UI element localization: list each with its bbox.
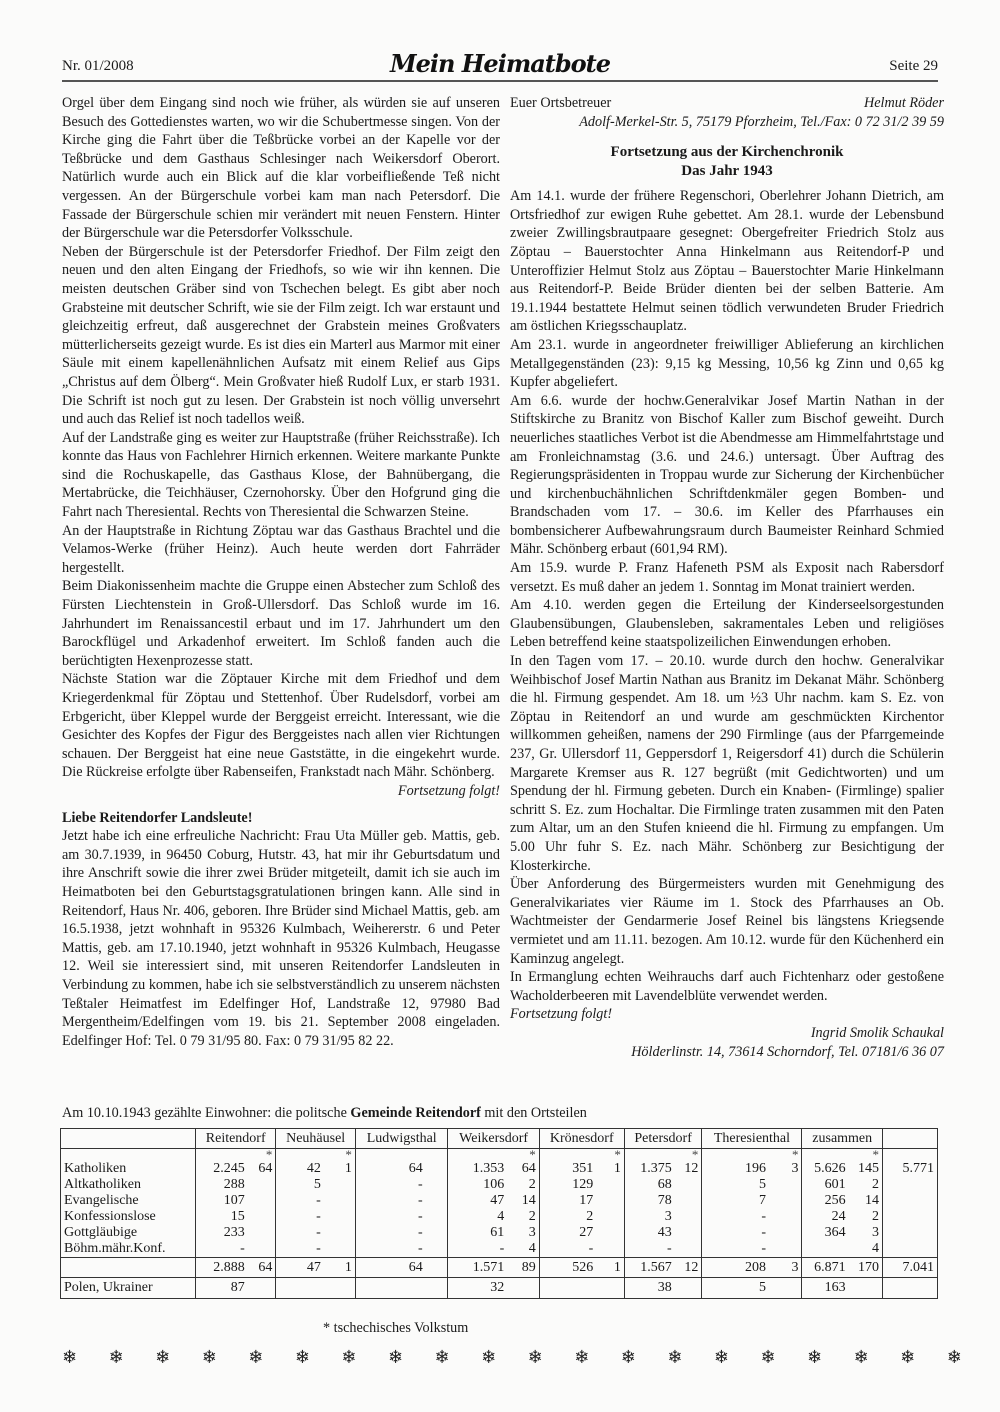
snowflake-icon: ❄ <box>667 1347 682 1368</box>
chronicle-subheading: Das Jahr 1943 <box>510 162 944 181</box>
table-header-row: Reitendorf Neuhäusel Ludwigsthal Weikers… <box>61 1129 938 1149</box>
table-cell: 1.571 <box>448 1258 507 1278</box>
paragraph: Auf der Landstraße ging es weiter zur Ha… <box>62 429 500 522</box>
snowflake-icon: ❄ <box>388 1347 403 1368</box>
table-cell <box>276 1278 324 1299</box>
table-cell: 68 <box>624 1177 674 1193</box>
table-cell <box>426 1193 448 1209</box>
column-header: Theresienthal <box>702 1129 802 1149</box>
paragraph: In den Tagen vom 17. – 20.10. wurde durc… <box>510 652 944 875</box>
table-cell <box>596 1209 624 1225</box>
chronicle-heading: Fortsetzung aus der Kirchenchronik <box>510 143 944 162</box>
snowflake-icon: ❄ <box>854 1347 869 1368</box>
table-cell: 3 <box>507 1225 539 1241</box>
table-cell: 12 <box>675 1161 702 1177</box>
row-label: Böhm.mähr.Konf. <box>61 1241 196 1258</box>
table-cell: 145 <box>849 1161 883 1177</box>
table-cell <box>675 1241 702 1258</box>
paragraph: Orgel über dem Eingang sind noch wie frü… <box>62 94 500 243</box>
table-cell: - <box>539 1241 596 1258</box>
table-cell: 5 <box>276 1177 324 1193</box>
right-column: Euer Ortsbetreuer Helmut Röder Adolf-Mer… <box>510 94 944 1061</box>
table-cell: 170 <box>849 1258 883 1278</box>
table-cell: 47 <box>448 1193 507 1209</box>
table-cell: - <box>702 1241 769 1258</box>
snowflake-icon: ❄ <box>295 1347 310 1368</box>
table-cell <box>769 1241 802 1258</box>
table-cell: 256 <box>802 1193 849 1209</box>
header-empty <box>61 1129 196 1149</box>
paragraph: Am 14.1. wurde der frühere Regenschori, … <box>510 187 944 336</box>
table-cell <box>324 1225 356 1241</box>
table-cell <box>883 1241 938 1258</box>
signoff-row: Euer Ortsbetreuer Helmut Röder <box>510 94 944 113</box>
table-cell <box>883 1177 938 1193</box>
snowflake-icon: ❄ <box>109 1347 124 1368</box>
table-cell: 5 <box>702 1278 769 1299</box>
table-cell: 163 <box>802 1278 849 1299</box>
paragraph: In Ermanglung echten Weihrauchs darf auc… <box>510 968 944 1005</box>
table-cell: 1.353 <box>448 1161 507 1177</box>
column-header: zusammen <box>802 1129 883 1149</box>
table-cell: 288 <box>196 1177 248 1193</box>
snowflake-icon: ❄ <box>807 1347 822 1368</box>
table-cell: 4 <box>849 1241 883 1258</box>
table-cell: 47 <box>276 1258 324 1278</box>
snowflake-icon: ❄ <box>900 1347 915 1368</box>
table-cell: 64 <box>355 1161 425 1177</box>
table-cell <box>849 1278 883 1299</box>
table-cell: 64 <box>248 1161 276 1177</box>
caption-bold: Gemeinde Reitendorf <box>350 1105 480 1121</box>
table-cell: - <box>355 1241 425 1258</box>
table-cell: 61 <box>448 1225 507 1241</box>
table-cell <box>324 1177 356 1193</box>
snowflake-divider: ❄❄❄❄❄❄❄❄❄❄❄❄❄❄❄❄❄❄❄❄ <box>62 1347 962 1368</box>
table-row: 2.88864471641.5718952611.5671220836.8711… <box>61 1258 938 1278</box>
paragraph: Beim Diakonissenheim machte die Gruppe e… <box>62 577 500 670</box>
table-cell: 6.871 <box>802 1258 849 1278</box>
table-cell <box>675 1209 702 1225</box>
table-cell: 1 <box>324 1258 356 1278</box>
table-cell <box>675 1193 702 1209</box>
table-cell <box>675 1177 702 1193</box>
table-cell: 43 <box>624 1225 674 1241</box>
row-label: Evangelische <box>61 1193 196 1209</box>
table-cell: 233 <box>196 1225 248 1241</box>
table-cell: 3 <box>849 1225 883 1241</box>
table-cell <box>426 1225 448 1241</box>
table-cell <box>675 1278 702 1299</box>
table-cell: 107 <box>196 1193 248 1209</box>
signoff-label: Euer Ortsbetreuer <box>510 94 611 113</box>
column-header: Petersdorf <box>624 1129 702 1149</box>
table-cell <box>426 1161 448 1177</box>
column-header: Neuhäusel <box>276 1129 355 1149</box>
table-row: Polen, Ukrainer8732385163 <box>61 1278 938 1299</box>
table-cell: - <box>276 1241 324 1258</box>
table-cell: 87 <box>196 1278 248 1299</box>
table-cell: 351 <box>539 1161 596 1177</box>
table-cell <box>769 1225 802 1241</box>
table-cell <box>883 1193 938 1209</box>
paragraph: Über Anforderung des Bürgermeisters wurd… <box>510 875 944 968</box>
masthead-logo: Mein Heimatbote <box>390 49 610 78</box>
table-cell <box>426 1258 448 1278</box>
table-cell: 106 <box>448 1177 507 1193</box>
table-row: Gottgläubige233--6132743-3643 <box>61 1225 938 1241</box>
table-cell: 15 <box>196 1209 248 1225</box>
table-cell: 7 <box>702 1193 769 1209</box>
table-cell: - <box>196 1241 248 1258</box>
continued-note: Fortsetzung folgt! <box>510 1005 944 1024</box>
table-cell: 2 <box>507 1209 539 1225</box>
column-header: Reitendorf <box>196 1129 276 1149</box>
continued-note: Fortsetzung folgt! <box>62 782 500 801</box>
snowflake-icon: ❄ <box>574 1347 589 1368</box>
paragraph: Am 6.6. wurde der hochw.Generalvikar Jos… <box>510 392 944 559</box>
table-cell: 1.375 <box>624 1161 674 1177</box>
table-cell: 1.567 <box>624 1258 674 1278</box>
snowflake-icon: ❄ <box>528 1347 543 1368</box>
table-cell: 24 <box>802 1209 849 1225</box>
table-cell: - <box>276 1225 324 1241</box>
table-cell: 129 <box>539 1177 596 1193</box>
table-cell: - <box>702 1209 769 1225</box>
paragraph: Am 4.10. werden gegen die Erteilung der … <box>510 596 944 652</box>
author-name: Ingrid Smolik Schaukal <box>510 1024 944 1043</box>
table-cell <box>426 1278 448 1299</box>
table-cell <box>248 1241 276 1258</box>
table-cell <box>324 1209 356 1225</box>
table-cell: 5.626 <box>802 1161 849 1177</box>
table-cell: - <box>355 1177 425 1193</box>
table-cell: 196 <box>702 1161 769 1177</box>
table-cell: 12 <box>675 1258 702 1278</box>
table-cell <box>883 1225 938 1241</box>
star-row: * * * * * * * <box>61 1149 938 1162</box>
table-cell <box>883 1278 938 1299</box>
table-cell <box>355 1278 425 1299</box>
table-row: Altkatholiken2885-10621296856012 <box>61 1177 938 1193</box>
table-cell: 4 <box>507 1241 539 1258</box>
table-cell: 3 <box>769 1258 802 1278</box>
signoff-address: Adolf-Merkel-Str. 5, 75179 Pforzheim, Te… <box>510 113 944 132</box>
column-header: Krönesdorf <box>539 1129 624 1149</box>
table-caption: Am 10.10.1943 gezählte Einwohner: die po… <box>62 1105 587 1122</box>
table-cell: 5.771 <box>883 1161 938 1177</box>
table-cell <box>248 1177 276 1193</box>
row-label: Altkatholiken <box>61 1177 196 1193</box>
author-address: Hölderlinstr. 14, 73614 Schorndorf, Tel.… <box>510 1043 944 1062</box>
paragraph: Am 15.9. wurde P. Franz Hafeneth PSM als… <box>510 559 944 596</box>
table-cell <box>248 1209 276 1225</box>
snowflake-icon: ❄ <box>202 1347 217 1368</box>
table-cell: 64 <box>507 1161 539 1177</box>
table-cell: - <box>624 1241 674 1258</box>
table-cell <box>324 1193 356 1209</box>
page-header: Nr. 01/2008 Mein Heimatbote Seite 29 <box>62 40 938 82</box>
table-cell <box>769 1278 802 1299</box>
table-row: Evangelische107--47141778725614 <box>61 1193 938 1209</box>
column-header: Ludwigsthal <box>355 1129 448 1149</box>
table-cell: 4 <box>448 1209 507 1225</box>
table-cell <box>675 1225 702 1241</box>
paragraph: Jetzt habe ich eine erfreuliche Nachrich… <box>62 827 500 1050</box>
paragraph: Neben der Bürgerschule ist der Petersdor… <box>62 243 500 429</box>
table-cell <box>596 1278 624 1299</box>
table-cell <box>769 1193 802 1209</box>
table-row: Böhm.mähr.Konf.----4---4 <box>61 1241 938 1258</box>
table-cell: 364 <box>802 1225 849 1241</box>
table-cell: 2 <box>849 1209 883 1225</box>
page-number: Seite 29 <box>889 58 938 75</box>
paragraph: Am 23.1. wurde in angeordneter freiwilli… <box>510 336 944 392</box>
table-cell: - <box>276 1209 324 1225</box>
table-cell: 17 <box>539 1193 596 1209</box>
table-cell: 2 <box>507 1177 539 1193</box>
table-cell <box>426 1177 448 1193</box>
table-cell: 3 <box>624 1209 674 1225</box>
table-body: * * * * * * * Katholiken2.24564421641.35… <box>61 1149 938 1299</box>
table-cell <box>769 1177 802 1193</box>
table-cell: 14 <box>507 1193 539 1209</box>
row-label: Konfessionslose <box>61 1209 196 1225</box>
table-cell: 5 <box>702 1177 769 1193</box>
column-header: Weikersdorf <box>448 1129 539 1149</box>
table-row: Katholiken2.24564421641.3536435111.37512… <box>61 1161 938 1177</box>
table-cell <box>324 1241 356 1258</box>
table-cell: 601 <box>802 1177 849 1193</box>
table-cell: 2.888 <box>196 1258 248 1278</box>
snowflake-icon: ❄ <box>481 1347 496 1368</box>
table-cell <box>802 1241 849 1258</box>
table-cell <box>596 1177 624 1193</box>
table-cell: 7.041 <box>883 1258 938 1278</box>
paragraph: Nächste Station war die Zöptauer Kirche … <box>62 670 500 782</box>
table-cell: - <box>702 1225 769 1241</box>
table-cell: 1 <box>596 1258 624 1278</box>
row-label <box>61 1258 196 1278</box>
table-cell: - <box>276 1193 324 1209</box>
row-label: Polen, Ukrainer <box>61 1278 196 1299</box>
signoff-name: Helmut Röder <box>864 94 944 113</box>
table-cell: 208 <box>702 1258 769 1278</box>
paragraph: An der Hauptstraße in Richtung Zöptau wa… <box>62 522 500 578</box>
table-cell: 14 <box>849 1193 883 1209</box>
snowflake-icon: ❄ <box>62 1347 77 1368</box>
table-cell: 3 <box>769 1161 802 1177</box>
table-cell: 2 <box>539 1209 596 1225</box>
table-cell: - <box>355 1225 425 1241</box>
table-cell: 2 <box>849 1177 883 1193</box>
table-cell: - <box>355 1209 425 1225</box>
table-cell <box>324 1278 356 1299</box>
section-heading: Liebe Reitendorfer Landsleute! <box>62 809 500 828</box>
table-cell <box>596 1241 624 1258</box>
table-cell <box>596 1193 624 1209</box>
snowflake-icon: ❄ <box>435 1347 450 1368</box>
table-row: Konfessionslose15--4223-242 <box>61 1209 938 1225</box>
table-cell <box>426 1241 448 1258</box>
table-cell: 32 <box>448 1278 507 1299</box>
table-cell <box>769 1209 802 1225</box>
table-cell <box>248 1278 276 1299</box>
table-cell <box>507 1278 539 1299</box>
left-column: Orgel über dem Eingang sind noch wie frü… <box>62 94 500 1050</box>
snowflake-icon: ❄ <box>248 1347 263 1368</box>
table-cell: 42 <box>276 1161 324 1177</box>
snowflake-icon: ❄ <box>621 1347 636 1368</box>
table-cell <box>426 1209 448 1225</box>
table-cell <box>883 1209 938 1225</box>
table-cell <box>248 1193 276 1209</box>
snowflake-icon: ❄ <box>714 1347 729 1368</box>
table-cell: - <box>448 1241 507 1258</box>
snowflake-icon: ❄ <box>947 1347 962 1368</box>
table-cell: 64 <box>248 1258 276 1278</box>
row-label: Gottgläubige <box>61 1225 196 1241</box>
table-cell: 89 <box>507 1258 539 1278</box>
header-empty <box>883 1129 938 1149</box>
issue-number: Nr. 01/2008 <box>62 58 134 75</box>
table-cell: 78 <box>624 1193 674 1209</box>
table-cell: 526 <box>539 1258 596 1278</box>
table-cell: 1 <box>324 1161 356 1177</box>
table-cell: 1 <box>596 1161 624 1177</box>
table-cell: 27 <box>539 1225 596 1241</box>
snowflake-icon: ❄ <box>155 1347 170 1368</box>
table-cell <box>596 1225 624 1241</box>
snowflake-icon: ❄ <box>760 1347 775 1368</box>
table-cell: 2.245 <box>196 1161 248 1177</box>
table-cell <box>539 1278 596 1299</box>
snowflake-icon: ❄ <box>341 1347 356 1368</box>
table-footnote: * tschechisches Volkstum <box>323 1320 468 1337</box>
table-cell: 64 <box>355 1258 425 1278</box>
table-cell <box>248 1225 276 1241</box>
row-label: Katholiken <box>61 1161 196 1177</box>
table-cell: - <box>355 1193 425 1209</box>
table-cell: 38 <box>624 1278 674 1299</box>
population-table: Reitendorf Neuhäusel Ludwigsthal Weikers… <box>60 1128 938 1299</box>
